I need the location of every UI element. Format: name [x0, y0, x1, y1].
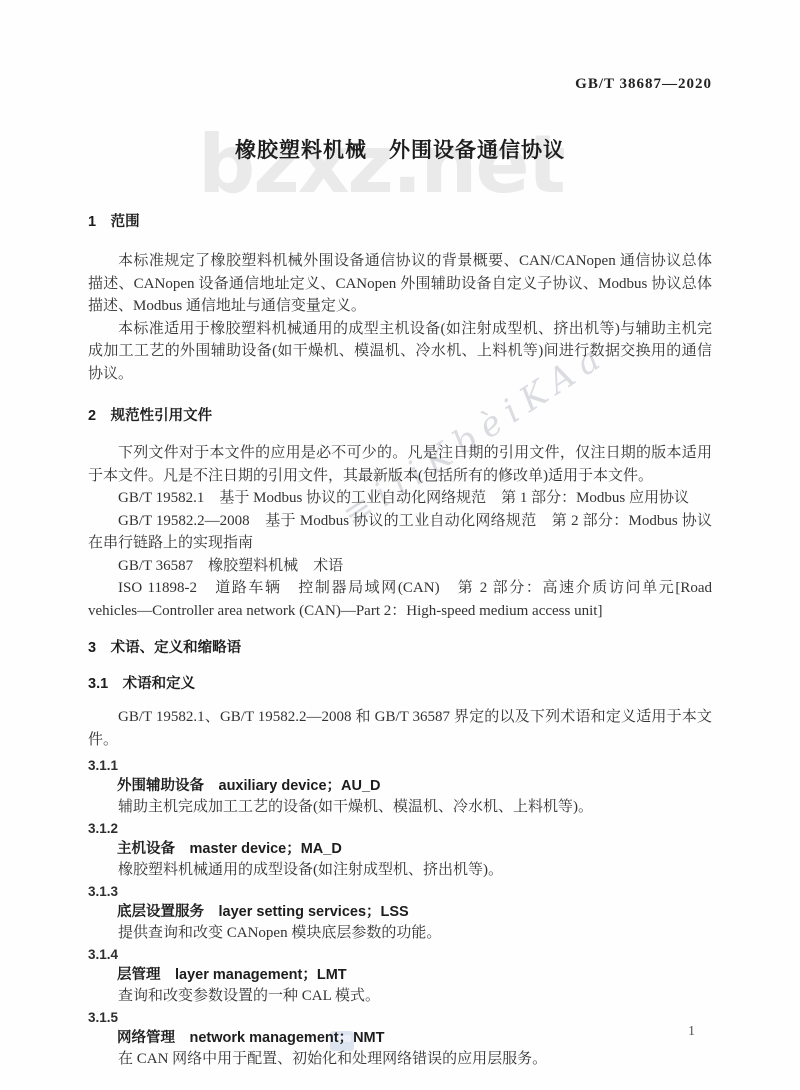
term-entry: 3.1.5 网络管理 network management；NMT 在 CAN …	[88, 1007, 712, 1070]
term-definition: 查询和改变参数设置的一种 CAL 模式。	[88, 986, 712, 1007]
term-definition: 辅助主机完成加工工艺的设备(如干燥机、模温机、冷水机、上料机等)。	[88, 797, 712, 818]
terms-list: 3.1.1 外围辅助设备 auxiliary device；AU_D 辅助主机完…	[88, 755, 712, 1070]
term-definition: 在 CAN 网络中用于配置、初始化和处理网络错误的应用层服务。	[88, 1049, 712, 1070]
term-title: 外围辅助设备 auxiliary device；AU_D	[88, 776, 712, 797]
term-title: 主机设备 master device；MA_D	[88, 839, 712, 860]
section3-1-heading: 3.1 术语和定义	[88, 674, 712, 694]
term-entry: 3.1.2 主机设备 master device；MA_D 橡胶塑料机械通用的成…	[88, 818, 712, 881]
document-page: bzxz.net ≡iïiKbèiKAa GB/T 38687—2020 橡胶塑…	[0, 0, 800, 1090]
term-entry: 3.1.3 底层设置服务 layer setting services；LSS …	[88, 881, 712, 944]
reference-item: GB/T 19582.1 基于 Modbus 协议的工业自动化网络规范 第 1 …	[88, 487, 712, 510]
term-entry: 3.1.1 外围辅助设备 auxiliary device；AU_D 辅助主机完…	[88, 755, 712, 818]
normative-references-list: GB/T 19582.1 基于 Modbus 协议的工业自动化网络规范 第 1 …	[88, 487, 712, 622]
page-number: 1	[688, 1022, 695, 1042]
section1-paragraph-1: 本标准规定了橡胶塑料机械外围设备通信协议的背景概要、CAN/CANopen 通信…	[88, 250, 712, 318]
document-title: 橡胶塑料机械 外围设备通信协议	[88, 136, 712, 166]
section1-heading: 1 范围	[88, 212, 712, 232]
term-entry: 3.1.4 层管理 layer management；LMT 查询和改变参数设置…	[88, 944, 712, 1007]
section2-heading: 2 规范性引用文件	[88, 406, 712, 426]
term-definition: 提供查询和改变 CANopen 模块底层参数的功能。	[88, 923, 712, 944]
term-title: 底层设置服务 layer setting services；LSS	[88, 902, 712, 923]
term-title: 网络管理 network management；NMT	[88, 1028, 712, 1049]
clause-number: 3.1.4	[88, 944, 712, 965]
standard-number: GB/T 38687—2020	[88, 74, 712, 94]
term-title: 层管理 layer management；LMT	[88, 965, 712, 986]
section3-heading: 3 术语、定义和缩略语	[88, 638, 712, 658]
reference-item: GB/T 36587 橡胶塑料机械 术语	[88, 555, 712, 578]
clause-number: 3.1.3	[88, 881, 712, 902]
reference-item: GB/T 19582.2—2008 基于 Modbus 协议的工业自动化网络规范…	[88, 510, 712, 555]
clause-number: 3.1.5	[88, 1007, 712, 1028]
section2-intro: 下列文件对于本文件的应用是必不可少的。凡是注日期的引用文件，仅注日期的版本适用于…	[88, 442, 712, 487]
clause-number: 3.1.1	[88, 755, 712, 776]
page-content: GB/T 38687—2020 橡胶塑料机械 外围设备通信协议 1 范围 本标准…	[88, 0, 712, 1070]
clause-number: 3.1.2	[88, 818, 712, 839]
term-definition: 橡胶塑料机械通用的成型设备(如注射成型机、挤出机等)。	[88, 860, 712, 881]
section3-1-intro: GB/T 19582.1、GB/T 19582.2—2008 和 GB/T 36…	[88, 706, 712, 751]
reference-item: ISO 11898-2 道路车辆 控制器局域网(CAN) 第 2 部分：高速介质…	[88, 577, 712, 622]
section1-paragraph-2: 本标准适用于橡胶塑料机械通用的成型主机设备(如注射成型机、挤出机等)与辅助主机完…	[88, 318, 712, 386]
